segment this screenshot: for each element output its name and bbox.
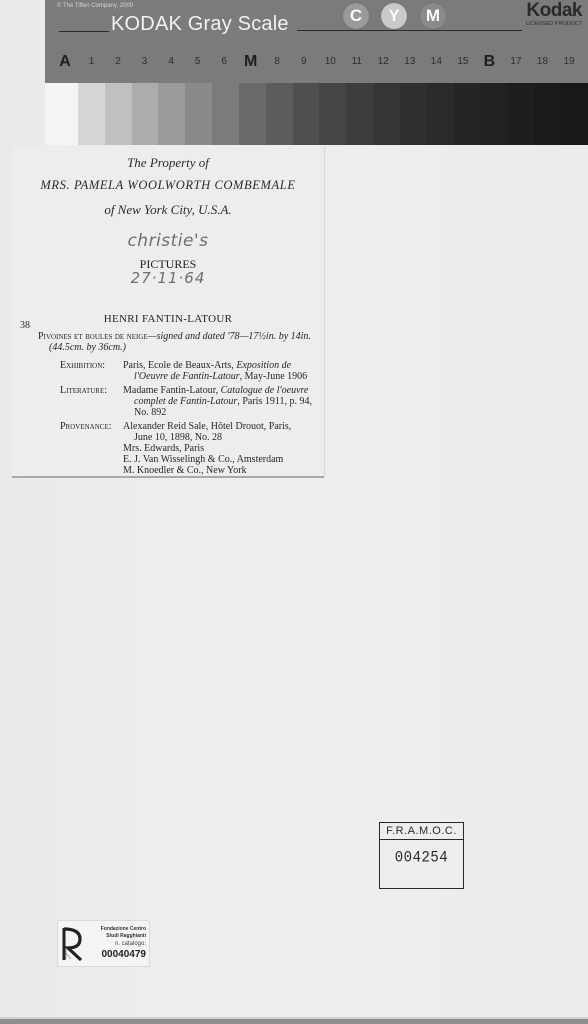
magenta-dot-icon: M	[420, 3, 446, 29]
fondazione-label: Fondazione Centro Studi Ragghianti n. ca…	[57, 920, 150, 967]
owner-location: of New York City, U.S.A.	[12, 202, 324, 218]
scale-label: 3	[142, 51, 148, 73]
framoc-stamp: F.R.A.M.O.C. 004254	[379, 822, 464, 889]
title-rule-right	[297, 30, 522, 31]
owner-name: MRS. PAMELA WOOLWORTH COMBEMALE	[12, 178, 324, 193]
scale-label: M	[244, 51, 257, 73]
yellow-dot-icon: Y	[381, 3, 407, 29]
scale-label: A	[59, 51, 71, 73]
gray-step	[132, 83, 159, 145]
scale-label: 4	[168, 51, 174, 73]
scale-label: 8	[274, 51, 280, 73]
scan-bottom-edge	[0, 1019, 588, 1024]
foundation-name-line-1: Fondazione Centro	[101, 926, 146, 932]
cyan-dot-icon: C	[343, 3, 369, 29]
exhibition-title-2: l'Oeuvre de Fantin-Latour	[134, 371, 240, 382]
framoc-header: F.R.A.M.O.C.	[380, 823, 463, 840]
handwritten-date: 27·11·64	[12, 269, 324, 287]
catalogue-clipping: The Property of MRS. PAMELA WOOLWORTH CO…	[12, 146, 324, 476]
gray-step	[45, 83, 78, 145]
provenance-line: Mrs. Edwards, Paris	[123, 443, 321, 454]
scale-label: 9	[301, 51, 307, 73]
gray-step	[78, 83, 105, 145]
scale-label: 11	[352, 51, 362, 73]
kodak-gray-scale-target: © The Tiffen Company, 2000 KODAK Gray Sc…	[45, 0, 588, 145]
literature-number: No. 892	[123, 407, 321, 418]
provenance-line: June 10, 1898, No. 28	[123, 432, 321, 443]
foundation-name: Fondazione Centro Studi Ragghianti	[86, 926, 146, 940]
handwritten-auction-house: christie's	[12, 231, 324, 251]
foundation-name-line-2: Studi Ragghianti	[106, 933, 146, 939]
scale-label: 12	[378, 51, 389, 73]
gray-step	[293, 83, 320, 145]
gray-step	[212, 83, 239, 145]
scale-label: 14	[431, 51, 442, 73]
gray-step	[373, 83, 400, 145]
property-of: The Property of	[12, 155, 324, 171]
literature-value: Madame Fantin-Latour, Catalogue de l'oeu…	[123, 385, 321, 418]
scale-label: 18	[537, 51, 548, 73]
gray-step	[266, 83, 293, 145]
gray-step	[454, 83, 481, 145]
scale-label: B	[484, 51, 496, 73]
scale-label: 10	[325, 51, 336, 73]
provenance-value: Alexander Reid Sale, Hôtel Drouot, Paris…	[123, 421, 321, 476]
exhibition-text: Paris, Ecole de Beaux-Arts,	[123, 360, 236, 371]
scale-label: 19	[563, 51, 574, 73]
literature-label: Literature:	[60, 385, 107, 396]
framoc-number: 004254	[380, 849, 463, 867]
lot-title: Pivoines et boules de neige	[38, 331, 148, 342]
ragghianti-logo-icon	[62, 926, 84, 962]
provenance-line: E. J. Van Wisselingh & Co., Amsterdam	[123, 454, 321, 465]
kodak-logo: Kodak	[526, 0, 582, 22]
gray-step	[400, 83, 427, 145]
provenance-line: M. Knoedler & Co., New York	[123, 465, 321, 476]
scale-label: 6	[221, 51, 227, 73]
scale-labels: A123456M89101112131415B171819	[45, 51, 588, 73]
catalog-label: n. catalogo:	[86, 941, 146, 947]
clipping-edge	[12, 476, 324, 478]
gray-steps	[45, 83, 588, 145]
title-rule-left	[59, 31, 109, 32]
exhibition-title-1: Exposition de	[236, 360, 291, 371]
lot-details: —signed and dated '78—17½in. by 14in.	[148, 331, 311, 342]
literature-title-2: complet de Fantin-Latour	[134, 396, 237, 407]
scale-label: 13	[404, 51, 415, 73]
gray-step	[534, 83, 561, 145]
target-copyright: © The Tiffen Company, 2000	[57, 3, 133, 9]
scale-label: 5	[195, 51, 201, 73]
gray-step	[346, 83, 373, 145]
licensed-product-text: LICENSED PRODUCT	[526, 21, 582, 27]
scale-label: 2	[115, 51, 121, 73]
gray-step	[480, 83, 507, 145]
gray-step	[158, 83, 185, 145]
catalog-number: 00040479	[86, 949, 146, 960]
provenance-line: Alexander Reid Sale, Hôtel Drouot, Paris…	[123, 421, 321, 432]
scale-label: 1	[89, 51, 95, 73]
gray-step	[239, 83, 266, 145]
literature-title-1: Catalogue de l'oeuvre	[221, 385, 309, 396]
literature-author: Madame Fantin-Latour,	[123, 385, 221, 396]
exhibition-label: Exhibition:	[60, 360, 105, 371]
gray-step	[105, 83, 132, 145]
scale-label: 17	[510, 51, 521, 73]
exhibition-date: , May-June 1906	[240, 371, 308, 382]
exhibition-value: Paris, Ecole de Beaux-Arts, Exposition d…	[123, 360, 321, 382]
lot-description: Pivoines et boules de neige—signed and d…	[38, 331, 321, 353]
gray-step	[561, 83, 588, 145]
gray-step	[319, 83, 346, 145]
artist-name: HENRI FANTIN-LATOUR	[12, 313, 324, 325]
provenance-label: Provenance:	[60, 421, 112, 432]
gray-step	[507, 83, 534, 145]
gray-step	[427, 83, 454, 145]
gray-step	[185, 83, 212, 145]
scale-label: 15	[457, 51, 468, 73]
literature-pub: , Paris 1911, p. 94,	[237, 396, 312, 407]
lot-metric: (44.5cm. by 36cm.)	[38, 342, 126, 353]
target-title: KODAK Gray Scale	[111, 13, 289, 36]
